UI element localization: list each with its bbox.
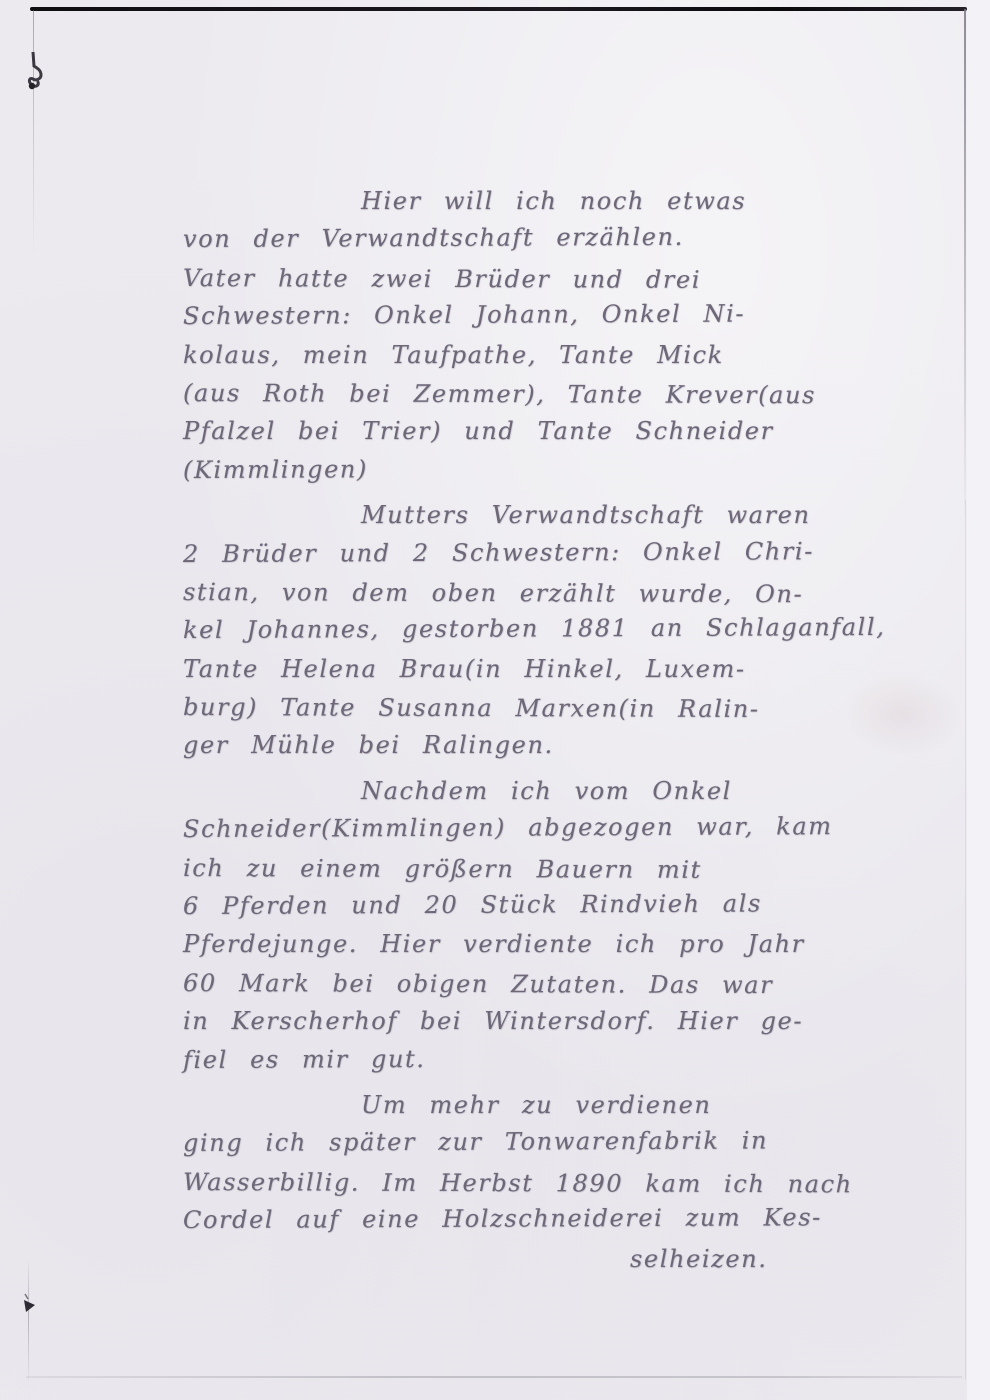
handwritten-line: selheizen. [183, 1240, 893, 1278]
paragraph: Hier will ich noch etwasvon der Verwandt… [183, 182, 893, 489]
bottom-left-hairline [28, 1258, 29, 1388]
paragraph: Um mehr zu verdienenging ich später zur … [183, 1086, 893, 1278]
manuscript-text-block: Hier will ich noch etwasvon der Verwandt… [183, 182, 893, 1278]
right-paper-edge-shadow-faint [965, 500, 966, 1380]
handwritten-line: ger Mühle bei Ralingen. [183, 726, 893, 764]
handwritten-line: (Kimmlingen) [183, 448, 893, 489]
handwritten-line: von der Verwandtschaft erzählen. [183, 217, 893, 258]
top-edge-scan-line [30, 7, 967, 11]
handwritten-line: burg) Tante Susanna Marxen(in Ralin- [183, 688, 893, 729]
handwritten-line: fiel es mir gut. [183, 1037, 893, 1078]
paragraph: Mutters Verwandtschaft waren2 Brüder und… [183, 496, 893, 765]
handwritten-line: ging ich später zur Tonwarenfabrik in [183, 1121, 893, 1162]
handwritten-line: kel Johannes, gestorben 1881 an Schlagan… [183, 608, 893, 649]
handwritten-line: Pfalzel bei Trier) und Tante Schneider [183, 412, 893, 450]
handwritten-line: Nachdem ich vom Onkel [183, 772, 893, 810]
handwritten-line: Tante Helena Brau(in Hinkel, Luxem- [183, 650, 893, 688]
right-paper-edge-shadow [964, 9, 966, 529]
handwritten-line: Um mehr zu verdienen [183, 1086, 893, 1124]
handwritten-line: Hier will ich noch etwas [183, 182, 893, 220]
handwritten-line: in Kerscherhof bei Wintersdorf. Hier ge- [183, 1002, 893, 1040]
ink-dot-icon [22, 1292, 38, 1320]
staple-mark-icon [24, 52, 50, 102]
handwritten-line: Cordel auf eine Holzschneiderei zum Kes- [183, 1198, 893, 1239]
handwritten-line: Schwestern: Onkel Johann, Onkel Ni- [183, 294, 893, 335]
handwritten-line: Mutters Verwandtschaft waren [183, 496, 893, 534]
handwritten-line: 2 Brüder und 2 Schwestern: Onkel Chri- [183, 531, 893, 572]
bottom-crease-line [26, 1376, 962, 1378]
scanner-bed-right-strip [967, 0, 990, 1400]
handwritten-line: (aus Roth bei Zemmer), Tante Krever(aus [183, 374, 893, 415]
handwritten-line: 60 Mark bei obigen Zutaten. Das war [183, 964, 893, 1005]
handwritten-line: kolaus, mein Taufpathe, Tante Mick [183, 336, 893, 374]
handwritten-line: Schneider(Kimmlingen) abgezogen war, kam [183, 807, 893, 848]
handwritten-line: Pferdejunge. Hier verdiente ich pro Jahr [183, 925, 893, 963]
handwritten-line: 6 Pferden und 20 Stück Rindvieh als [183, 884, 893, 925]
paragraph: Nachdem ich vom OnkelSchneider(Kimmlinge… [183, 772, 893, 1079]
